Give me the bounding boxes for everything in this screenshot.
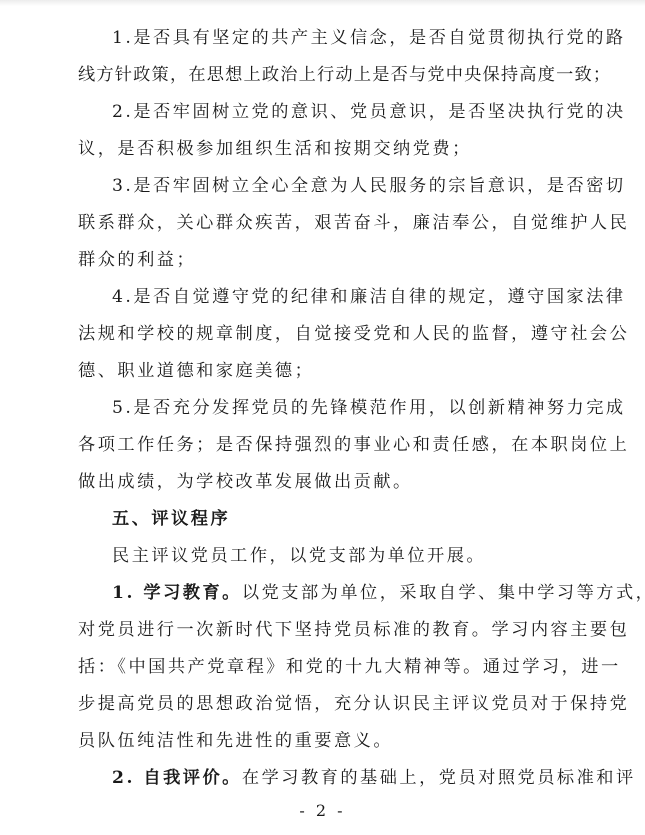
criteria-item-3-line-2: 联系群众，关心群众疾苦，艰苦奋斗，廉洁奉公，自觉维护人民 bbox=[78, 210, 629, 236]
page-number: - 2 - bbox=[0, 800, 645, 822]
section-heading: 五、评议程序 bbox=[112, 506, 230, 532]
criteria-item-4-line-2: 法规和学校的规章制度，自觉接受党和人民的监督，遵守社会公 bbox=[78, 321, 629, 347]
step-1-line-2: 对党员进行一次新时代下坚持党员标准的教育。学习内容主要包 bbox=[78, 617, 629, 643]
document-page: 1.是否具有坚定的共产主义信念，是否自觉贯彻执行党的路 线方针政策，在思想上政治… bbox=[0, 0, 645, 835]
step-1-line-5: 员队伍纯洁性和先进性的重要意义。 bbox=[78, 728, 393, 754]
step-1-text: 以党支部为单位，采取自学、集中学习等方式， bbox=[242, 583, 645, 603]
step-1-line-4: 步提高党员的思想政治觉悟，充分认识民主评议党员对于保持党 bbox=[78, 691, 629, 717]
step-2-title: 2. 自我评价。 bbox=[112, 768, 242, 788]
criteria-item-2-line-2: 议，是否积极参加组织生活和按期交纳党费； bbox=[78, 136, 472, 162]
criteria-item-5-line-2: 各项工作任务；是否保持强烈的事业心和责任感，在本职岗位上 bbox=[78, 432, 629, 458]
criteria-item-1-line-1: 1.是否具有坚定的共产主义信念，是否自觉贯彻执行党的路 bbox=[112, 25, 626, 51]
step-1-title: 1. 学习教育。 bbox=[112, 583, 242, 603]
criteria-item-2-line-1: 2.是否牢固树立党的意识、党员意识，是否坚决执行党的决 bbox=[112, 99, 626, 125]
step-2-line-1: 2. 自我评价。在学习教育的基础上，党员对照党员标准和评 bbox=[112, 765, 636, 791]
criteria-item-5-line-3: 做出成绩，为学校改革发展做出贡献。 bbox=[78, 469, 413, 495]
criteria-item-1-line-2: 线方针政策，在思想上政治上行动上是否与党中央保持高度一致； bbox=[78, 62, 611, 88]
step-1-line-3: 括：《中国共产党章程》和党的十九大精神等。通过学习，进一 bbox=[78, 654, 621, 680]
section-intro: 民主评议党员工作，以党支部为单位开展。 bbox=[112, 543, 486, 569]
criteria-item-4-line-3: 德、职业道德和家庭美德； bbox=[78, 358, 314, 384]
step-2-text: 在学习教育的基础上，党员对照党员标准和评 bbox=[242, 768, 636, 788]
criteria-item-3-line-3: 群众的利益； bbox=[78, 247, 196, 273]
criteria-item-3-line-1: 3.是否牢固树立全心全意为人民服务的宗旨意识，是否密切 bbox=[112, 173, 626, 199]
step-1-line-1: 1. 学习教育。以党支部为单位，采取自学、集中学习等方式， bbox=[112, 580, 645, 606]
criteria-item-5-line-1: 5.是否充分发挥党员的先锋模范作用，以创新精神努力完成 bbox=[112, 395, 626, 421]
criteria-item-4-line-1: 4.是否自觉遵守党的纪律和廉洁自律的规定，遵守国家法律 bbox=[112, 284, 626, 310]
